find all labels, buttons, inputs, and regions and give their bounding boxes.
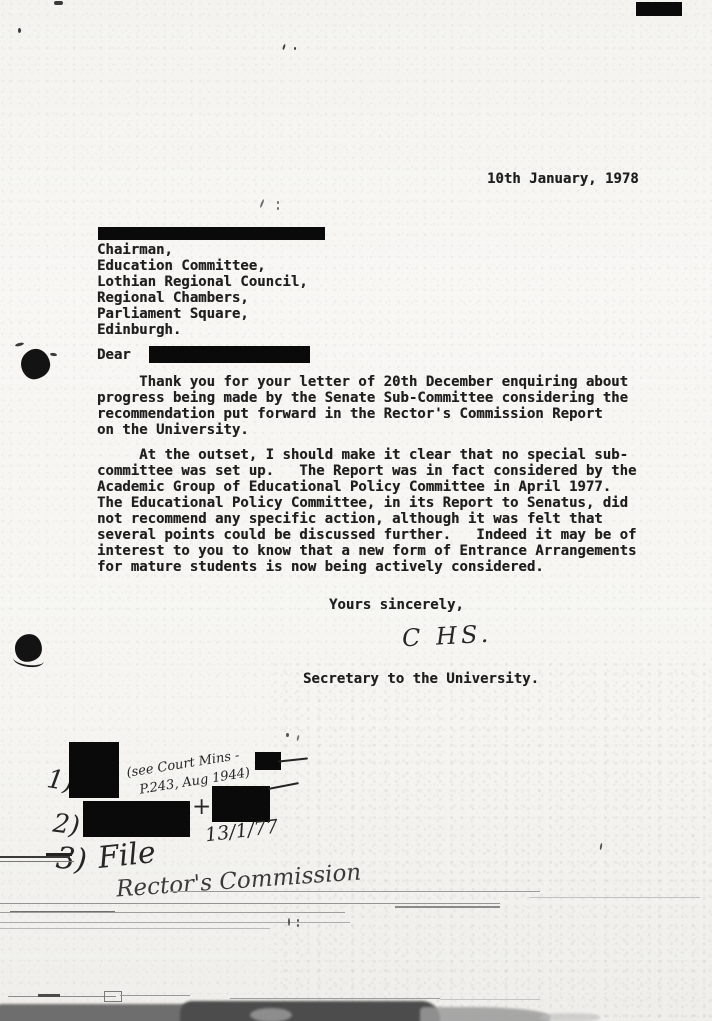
redaction-annotation-1: [69, 742, 119, 798]
scan-streak: [0, 856, 70, 858]
pencil-mark: [277, 201, 279, 204]
bottom-smudge-light-spot: [250, 1008, 292, 1021]
scan-streak: [38, 994, 60, 997]
address-line: Parliament Square,: [97, 306, 308, 322]
pencil-mark: [288, 918, 290, 926]
recipient-address: Chairman, Education Committee, Lothian R…: [97, 242, 308, 338]
scan-artifact-box: [104, 991, 122, 1002]
redaction-salutation-name: [149, 346, 310, 363]
ink-splatter: [50, 353, 57, 357]
scan-streak: [230, 998, 440, 999]
pen-stroke: [268, 782, 299, 790]
bottom-smudge: [180, 1001, 440, 1021]
bottom-smudge: [540, 1013, 600, 1021]
scan-streak: [8, 996, 116, 997]
pencil-mark: [296, 735, 299, 741]
pencil-mark: [277, 207, 279, 210]
scan-streak: [395, 906, 500, 908]
signature-title: Secretary to the University.: [303, 671, 539, 687]
annotation-3-label: 3): [55, 841, 89, 879]
scan-streak: [46, 853, 72, 856]
body-paragraph-1: Thank you for your letter of 20th Decemb…: [97, 374, 628, 438]
redaction-recipient-name: [98, 227, 325, 240]
address-line: Edinburgh.: [97, 322, 308, 338]
scan-streak: [0, 903, 500, 904]
body-paragraph-2: At the outset, I should make it clear th…: [97, 447, 636, 575]
scan-streak: [170, 891, 540, 892]
salutation: Dear: [97, 347, 131, 363]
address-line: Lothian Regional Council,: [97, 274, 308, 290]
scan-speck: [282, 44, 286, 50]
address-line: Chairman,: [97, 242, 308, 258]
scan-speck: [294, 47, 296, 50]
scan-streak: [0, 861, 74, 862]
address-line: Education Committee,: [97, 258, 308, 274]
scan-streak: [530, 897, 700, 898]
scan-streak: [0, 928, 270, 929]
bottom-smudge: [420, 1007, 550, 1021]
signature-initials: C HS.: [401, 620, 492, 653]
scan-streak: [0, 912, 345, 913]
annotation-2-label: 2): [51, 808, 81, 841]
pencil-mark: [286, 733, 289, 737]
scan-streak: [440, 999, 540, 1000]
pencil-mark: [297, 924, 299, 927]
scan-streak: [120, 995, 190, 996]
scanned-letter-page: 10th January, 1978 Chairman, Education C…: [0, 0, 712, 1021]
redaction-annotation-2: [83, 801, 190, 837]
pencil-mark: [297, 919, 299, 922]
closing: Yours sincerely,: [329, 597, 464, 613]
scan-speck: [18, 28, 21, 33]
annotation-2-plus: +: [192, 794, 211, 820]
letter-date: 10th January, 1978: [487, 171, 639, 187]
pencil-mark: [599, 843, 602, 850]
pen-stroke: [278, 757, 308, 762]
paper-grain-texture-bottom-right: [272, 661, 712, 1021]
scan-streak: [0, 922, 350, 923]
pencil-mark: [259, 199, 264, 208]
ink-blob: [19, 347, 53, 382]
ink-blob-underline: [12, 651, 44, 669]
annotation-3-text: File: [96, 835, 157, 876]
scan-speck: [54, 1, 63, 5]
ink-splatter: [15, 342, 24, 347]
address-line: Regional Chambers,: [97, 290, 308, 306]
corner-redaction-mark: [636, 2, 682, 16]
